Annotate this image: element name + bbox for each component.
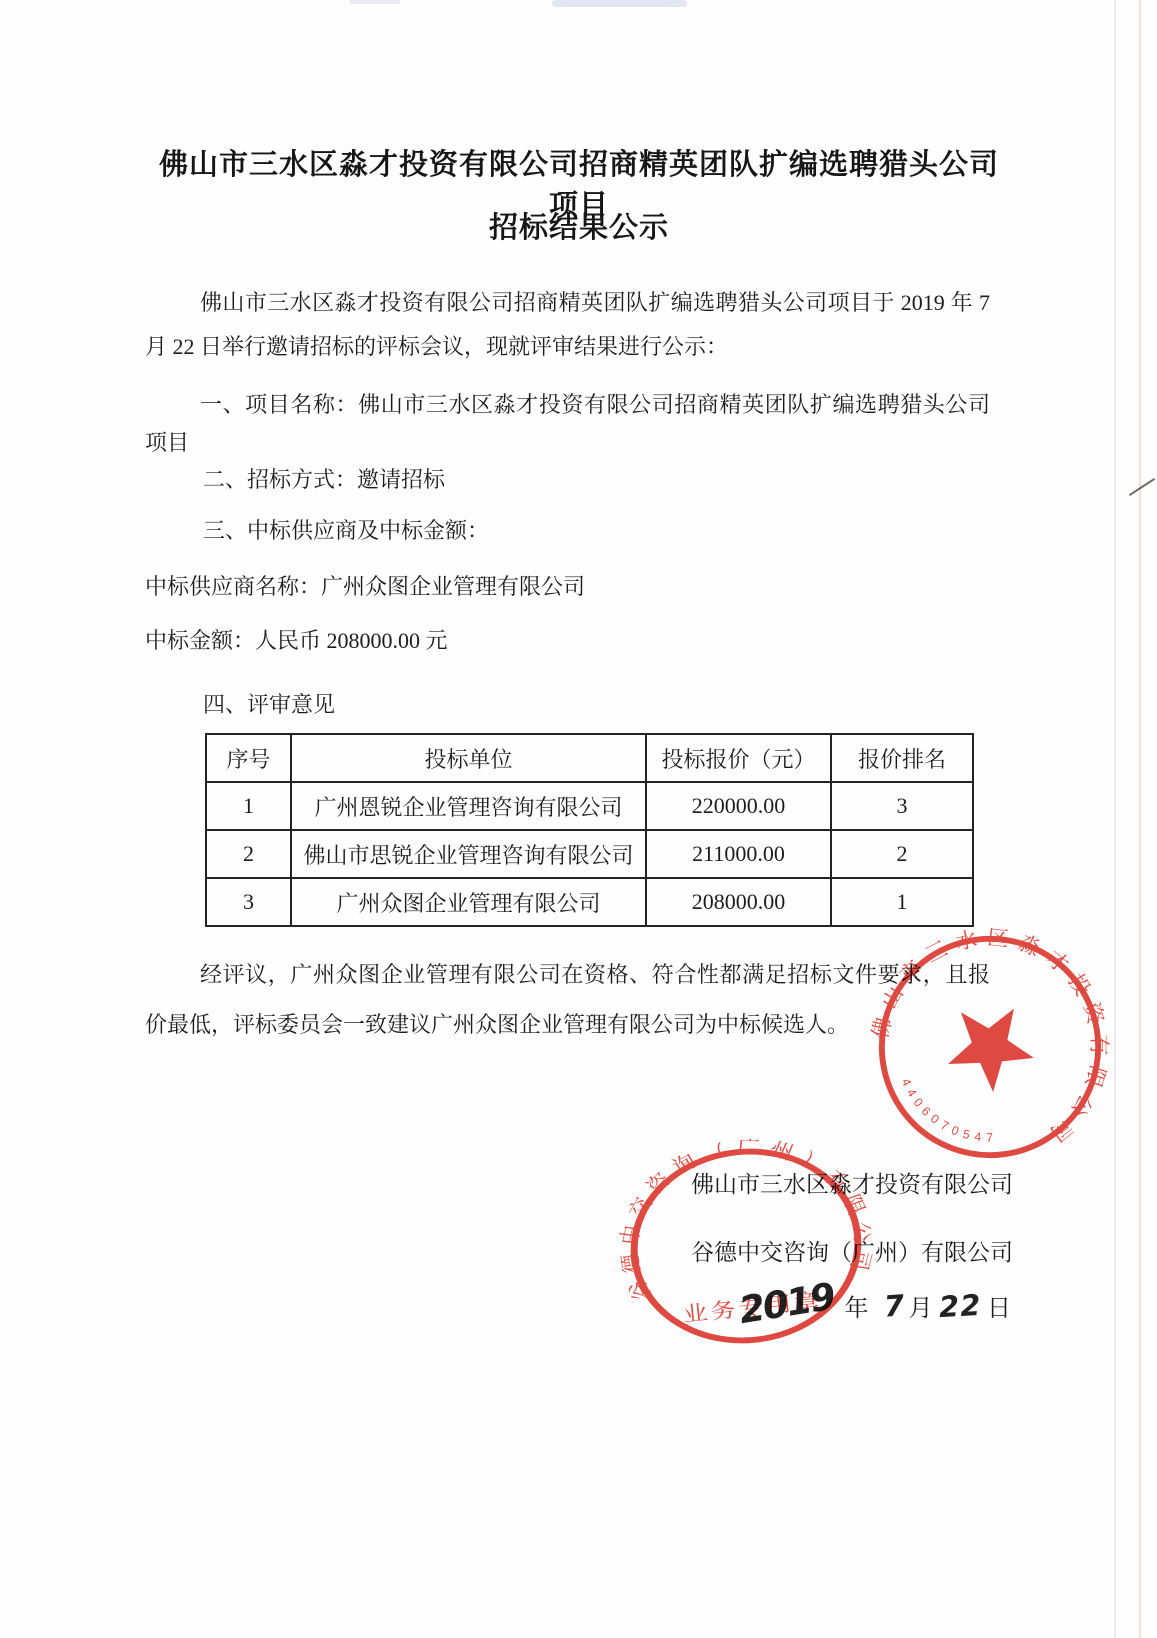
table-row: 3 广州众图企业管理有限公司 208000.00 1 [206, 878, 973, 926]
section-review-opinion: 四、评审意见 [145, 688, 335, 719]
table-header-row: 序号 投标单位 投标报价（元） 报价排名 [206, 734, 973, 782]
section-bid-method: 二、招标方式：邀请招标 [145, 463, 445, 494]
header-rank: 报价排名 [831, 734, 973, 782]
handwritten-day: 22 [938, 1288, 982, 1324]
cell-bidder: 佛山市思锐企业管理咨询有限公司 [291, 830, 646, 878]
header-seq: 序号 [206, 734, 291, 782]
award-amount-line: 中标金额：人民币 208000.00 元 [145, 624, 448, 655]
cell-bidder: 广州众图企业管理有限公司 [291, 878, 646, 926]
scanned-document-page: 佛山市三水区淼才投资有限公司招商精英团队扩编选聘猎头公司项目 招标结果公示 佛山… [0, 0, 1157, 1638]
header-price: 投标报价（元） [646, 734, 831, 782]
scan-smudge [552, 0, 687, 7]
header-bidder: 投标单位 [291, 734, 646, 782]
seal-ring-text: 谷德中交咨询（广州）有限公司 [610, 1127, 880, 1305]
signature-date-line: 2019年7月22日 [145, 1282, 1013, 1325]
star-icon [934, 986, 1050, 1101]
evaluation-table: 序号 投标单位 投标报价（元） 报价排名 1 广州恩锐企业管理咨询有限公司 22… [205, 733, 974, 927]
scan-line [1139, 0, 1141, 1638]
supplier-name-line: 中标供应商名称：广州众图企业管理有限公司 [145, 570, 585, 601]
cell-seq: 2 [206, 830, 291, 878]
table-row: 2 佛山市思锐企业管理咨询有限公司 211000.00 2 [206, 830, 973, 878]
doc-title-line2: 招标结果公示 [145, 205, 1013, 246]
cell-price: 211000.00 [646, 830, 831, 878]
cell-seq: 1 [206, 782, 291, 830]
pen-mark [1129, 478, 1155, 496]
month-label: 月 [909, 1296, 933, 1322]
section-project-name: 一、项目名称：佛山市三水区淼才投资有限公司招商精英团队扩编选聘猎头公司项目 [145, 386, 990, 462]
company-seal-stamp: 佛山市三水区淼才投资有限公司 4406070547 [827, 884, 1153, 1211]
scan-line [1114, 0, 1116, 1638]
business-seal-stamp: 谷德中交咨询（广州）有限公司 业务专用章 [610, 1127, 883, 1364]
handwritten-month: 7 [883, 1288, 906, 1323]
day-label: 日 [987, 1296, 1011, 1322]
cell-rank: 3 [831, 782, 973, 830]
cell-price: 208000.00 [646, 878, 831, 926]
signature-company-2: 谷德中交咨询（广州）有限公司 [145, 1234, 1013, 1267]
signature-company-1: 佛山市三水区淼才投资有限公司 [145, 1166, 1013, 1199]
seal-bottom-text: 业务专用章 [682, 1288, 824, 1326]
scan-smudge [350, 0, 400, 4]
cell-rank: 2 [831, 830, 973, 878]
table-row: 1 广州恩锐企业管理咨询有限公司 220000.00 3 [206, 782, 973, 830]
cell-price: 220000.00 [646, 782, 831, 830]
cell-bidder: 广州恩锐企业管理咨询有限公司 [291, 782, 646, 830]
section-winning-supplier: 三、中标供应商及中标金额： [145, 514, 489, 545]
intro-paragraph: 佛山市三水区淼才投资有限公司招商精英团队扩编选聘猎头公司项目于 2019 年 7… [145, 281, 990, 369]
cell-seq: 3 [206, 878, 291, 926]
